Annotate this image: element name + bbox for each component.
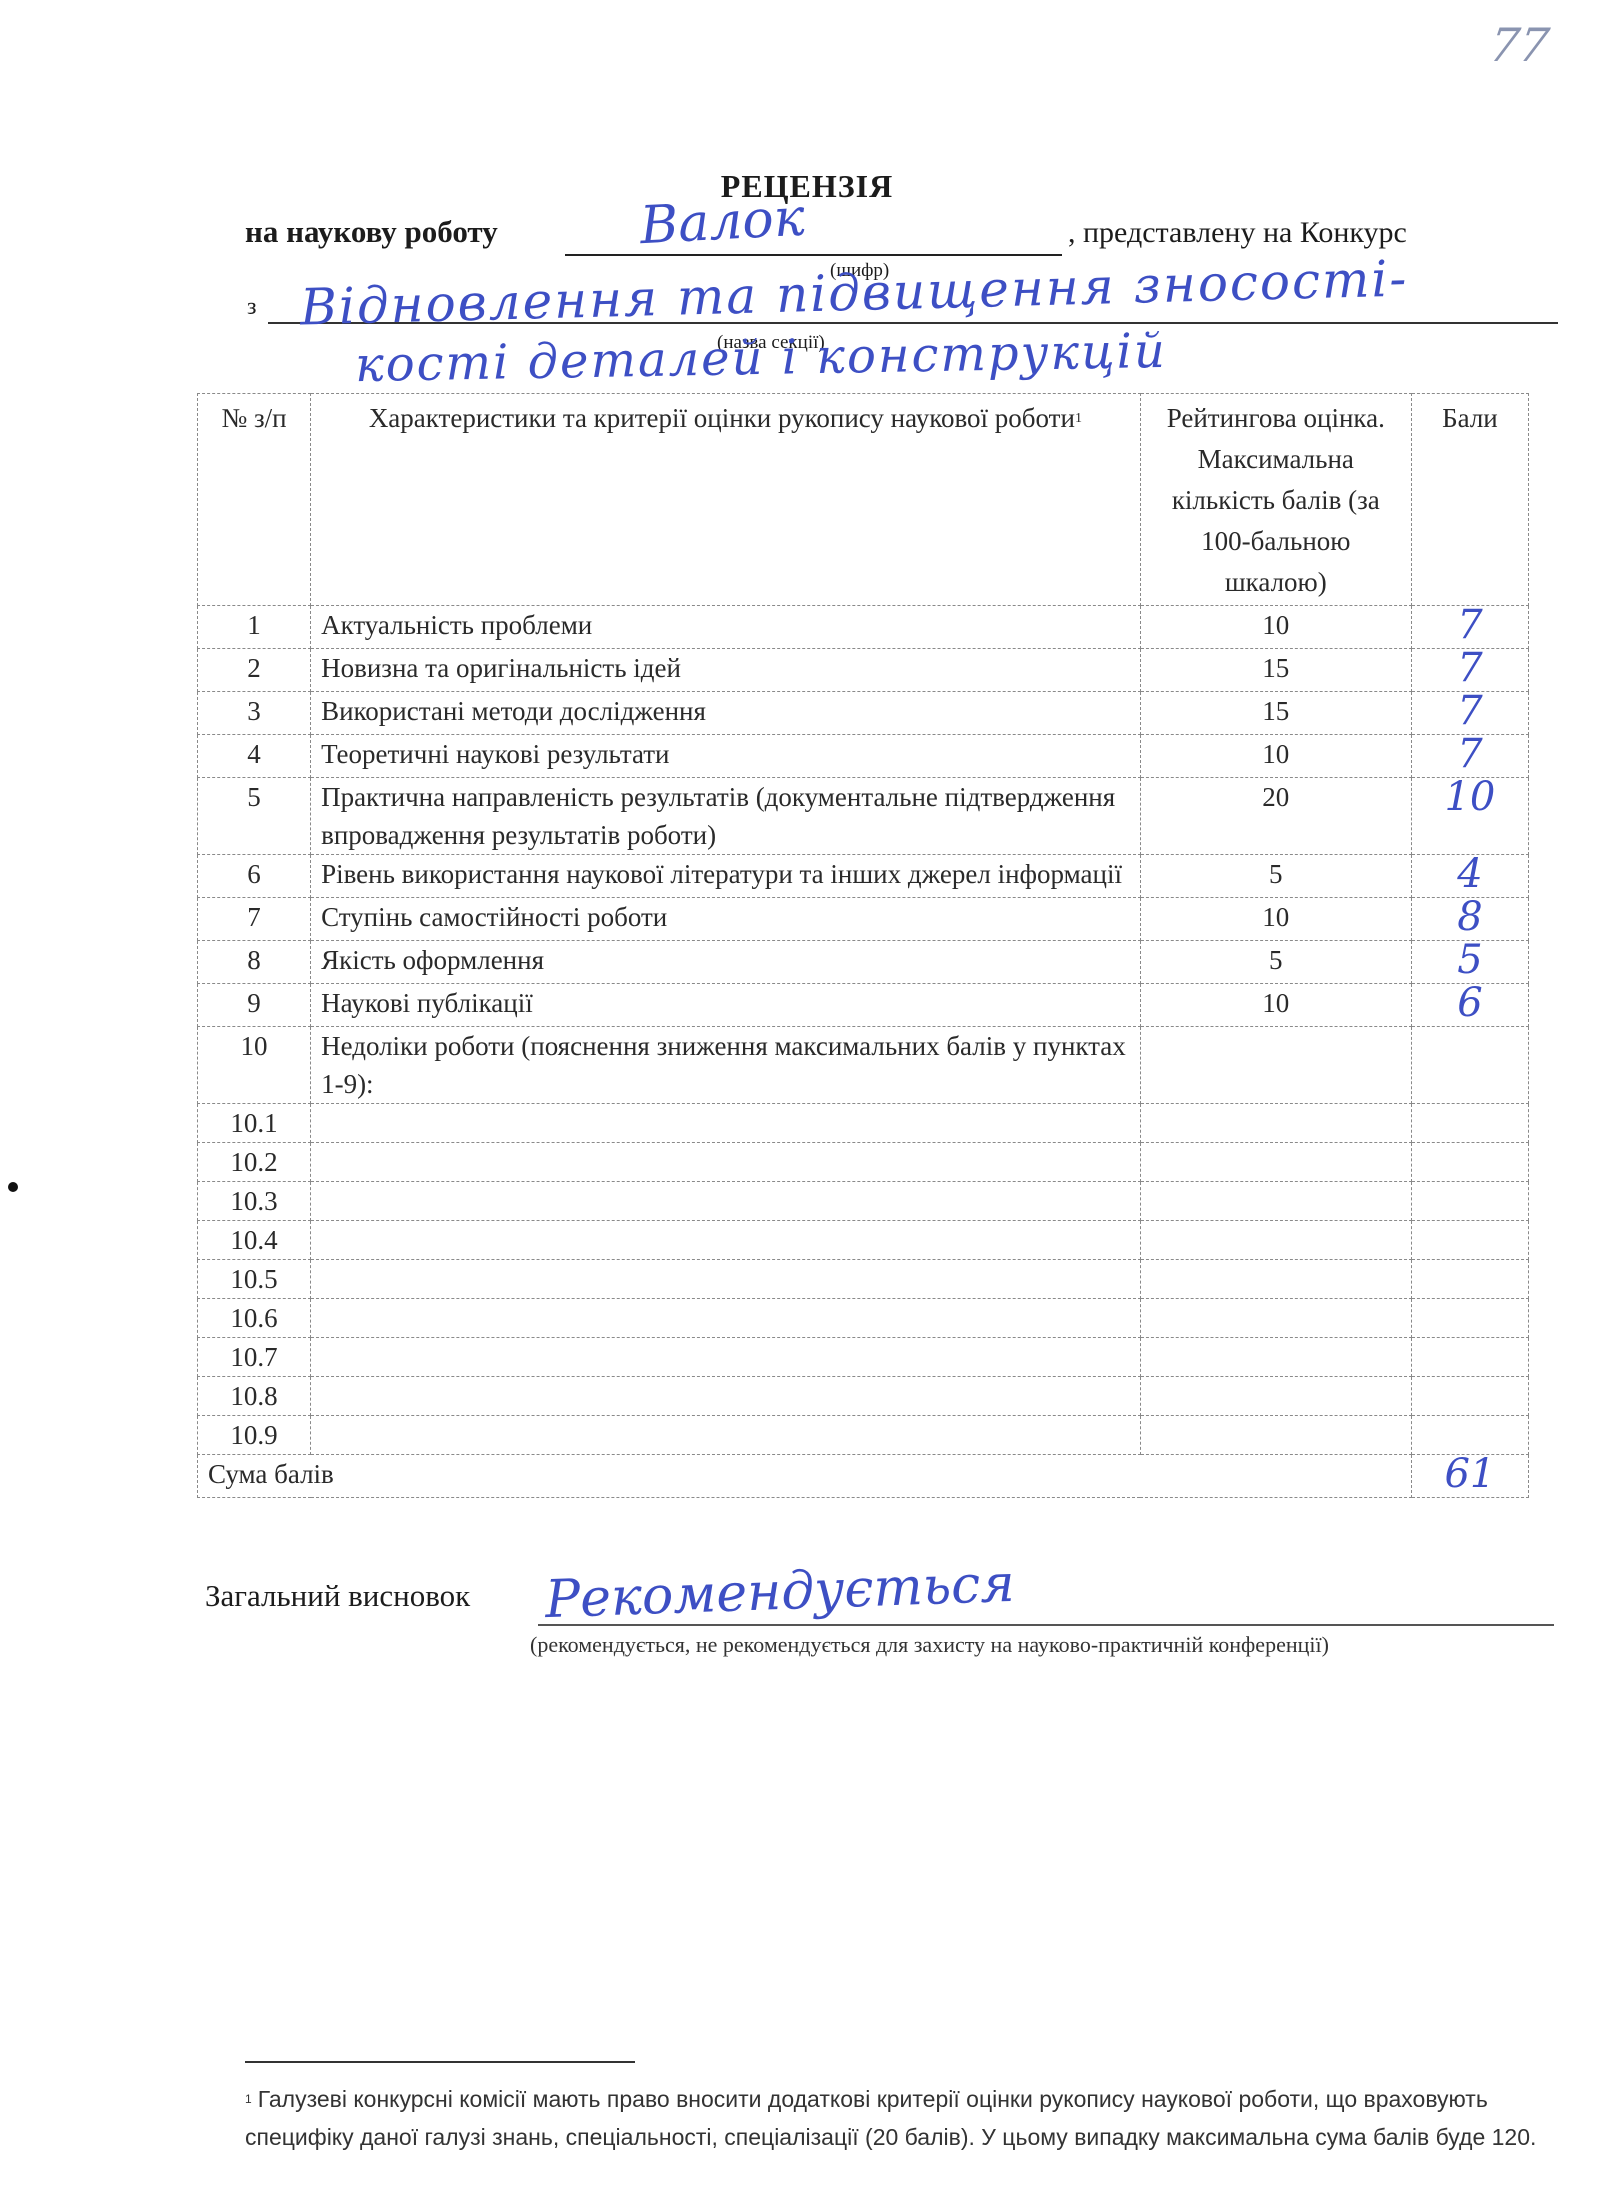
subrow-max-empty xyxy=(1140,1104,1411,1143)
row-number: 8 xyxy=(198,941,311,984)
section-prefix: з xyxy=(247,294,256,321)
subrow-note-field[interactable] xyxy=(311,1416,1141,1455)
table-row: 3Використані методи дослідження157 xyxy=(198,692,1529,735)
header-line1-prefix: на наукову роботу xyxy=(245,214,498,250)
subrow-note-field[interactable] xyxy=(311,1143,1141,1182)
header-score: Бали xyxy=(1411,394,1528,606)
row-number: 1 xyxy=(198,606,311,649)
subrow-number: 10.4 xyxy=(198,1221,311,1260)
row-score-cell[interactable]: 7 xyxy=(1411,606,1528,649)
subrow-number: 10.6 xyxy=(198,1299,311,1338)
subrow-note-field[interactable] xyxy=(311,1104,1141,1143)
footnote-text: Галузеві конкурсні комісії мають право в… xyxy=(245,2086,1536,2150)
row-number: 4 xyxy=(198,735,311,778)
row-score-cell[interactable] xyxy=(1411,1027,1528,1104)
row-number: 9 xyxy=(198,984,311,1027)
sum-label: Сума балів xyxy=(198,1455,1412,1498)
header-criteria: Характеристики та критерії оцінки рукопи… xyxy=(311,394,1141,606)
table-row: 10Недоліки роботи (пояснення зниження ма… xyxy=(198,1027,1529,1104)
row-number: 5 xyxy=(198,778,311,855)
section-field-line2[interactable]: кості деталей і конструкцій xyxy=(355,323,1168,393)
subrow-number: 10.5 xyxy=(198,1260,311,1299)
subrow-score-empty[interactable] xyxy=(1411,1182,1528,1221)
subrow-max-empty xyxy=(1140,1182,1411,1221)
table-row: 4Теоретичні наукові результати107 xyxy=(198,735,1529,778)
row-score-cell[interactable]: 8 xyxy=(1411,898,1528,941)
table-subrow: 10.4 xyxy=(198,1221,1529,1260)
row-criterion: Рівень використання наукової літератури … xyxy=(311,855,1141,898)
subrow-max-empty xyxy=(1140,1299,1411,1338)
row-score-cell[interactable]: 7 xyxy=(1411,692,1528,735)
row-criterion: Використані методи дослідження xyxy=(311,692,1141,735)
row-score: 7 xyxy=(1457,692,1482,730)
subrow-score-empty[interactable] xyxy=(1411,1377,1528,1416)
table-row: 9Наукові публікації106 xyxy=(198,984,1529,1027)
row-max-score: 20 xyxy=(1140,778,1411,855)
row-max-score xyxy=(1140,1027,1411,1104)
row-score: 10 xyxy=(1444,778,1495,816)
row-max-score: 15 xyxy=(1140,649,1411,692)
row-max-score: 10 xyxy=(1140,898,1411,941)
row-score: 7 xyxy=(1457,649,1482,687)
scan-artifact-dot xyxy=(8,1182,18,1192)
row-number: 2 xyxy=(198,649,311,692)
header-criteria-text: Характеристики та критерії оцінки рукопи… xyxy=(369,403,1075,433)
header-max-score: Рейтингова оцінка. Максимальна кількість… xyxy=(1140,394,1411,606)
table-subrow: 10.9 xyxy=(198,1416,1529,1455)
subrow-number: 10.9 xyxy=(198,1416,311,1455)
row-number: 10 xyxy=(198,1027,311,1104)
document-title: РЕЦЕНЗІЯ xyxy=(0,168,1614,205)
table-subrow: 10.7 xyxy=(198,1338,1529,1377)
subrow-number: 10.3 xyxy=(198,1182,311,1221)
subrow-note-field[interactable] xyxy=(311,1299,1141,1338)
table-row: 6Рівень використання наукової літератури… xyxy=(198,855,1529,898)
row-max-score: 10 xyxy=(1140,984,1411,1027)
table-row: 5Практична направленість результатів (до… xyxy=(198,778,1529,855)
row-score-cell[interactable]: 7 xyxy=(1411,735,1528,778)
subrow-max-empty xyxy=(1140,1338,1411,1377)
row-criterion: Якість оформлення xyxy=(311,941,1141,984)
subrow-note-field[interactable] xyxy=(311,1221,1141,1260)
footnote-divider xyxy=(245,2061,635,2063)
table-row: 8Якість оформлення55 xyxy=(198,941,1529,984)
row-score-cell[interactable]: 10 xyxy=(1411,778,1528,855)
subrow-number: 10.7 xyxy=(198,1338,311,1377)
sum-value-cell[interactable]: 61 xyxy=(1411,1455,1528,1498)
sum-row: Сума балів61 xyxy=(198,1455,1529,1498)
table-row: 1Актуальність проблеми107 xyxy=(198,606,1529,649)
page-number-handwritten: 77 xyxy=(1486,18,1552,72)
subrow-note-field[interactable] xyxy=(311,1260,1141,1299)
subrow-max-empty xyxy=(1140,1221,1411,1260)
row-score: 7 xyxy=(1457,606,1482,644)
subrow-number: 10.1 xyxy=(198,1104,311,1143)
row-score: 8 xyxy=(1457,898,1482,936)
row-score-cell[interactable]: 6 xyxy=(1411,984,1528,1027)
row-criterion: Наукові публікації xyxy=(311,984,1141,1027)
subrow-score-empty[interactable] xyxy=(1411,1260,1528,1299)
conclusion-field[interactable]: Рекомендується xyxy=(544,1554,1015,1630)
subrow-note-field[interactable] xyxy=(311,1338,1141,1377)
footnote: 1Галузеві конкурсні комісії мають право … xyxy=(245,2080,1565,2156)
cipher-field[interactable]: Валок xyxy=(639,188,807,257)
row-number: 6 xyxy=(198,855,311,898)
review-criteria-table: № з/п Характеристики та критерії оцінки … xyxy=(197,393,1529,1498)
footnote-mark: 1 xyxy=(245,2092,252,2106)
row-max-score: 10 xyxy=(1140,735,1411,778)
table-header-row: № з/п Характеристики та критерії оцінки … xyxy=(198,394,1529,606)
table-row: 2Новизна та оригінальність ідей157 xyxy=(198,649,1529,692)
subrow-number: 10.8 xyxy=(198,1377,311,1416)
row-criterion: Актуальність проблеми xyxy=(311,606,1141,649)
conclusion-options-note: (рекомендується, не рекомендується для з… xyxy=(530,1632,1329,1658)
row-max-score: 10 xyxy=(1140,606,1411,649)
row-score: 7 xyxy=(1457,735,1482,773)
subrow-score-empty[interactable] xyxy=(1411,1416,1528,1455)
header-line1-suffix: , представлену на Конкурс xyxy=(1068,216,1407,250)
row-criterion: Новизна та оригінальність ідей xyxy=(311,649,1141,692)
conclusion-label: Загальний висновок xyxy=(205,1578,470,1614)
row-max-score: 15 xyxy=(1140,692,1411,735)
table-row: 7Ступінь самостійності роботи108 xyxy=(198,898,1529,941)
subrow-max-empty xyxy=(1140,1377,1411,1416)
row-max-score: 5 xyxy=(1140,941,1411,984)
row-score-cell[interactable]: 7 xyxy=(1411,649,1528,692)
row-criterion: Ступінь самостійності роботи xyxy=(311,898,1141,941)
row-max-score: 5 xyxy=(1140,855,1411,898)
row-score-cell[interactable]: 4 xyxy=(1411,855,1528,898)
row-score-cell[interactable]: 5 xyxy=(1411,941,1528,984)
header-num: № з/п xyxy=(198,394,311,606)
subrow-max-empty xyxy=(1140,1260,1411,1299)
footnote-ref: 1 xyxy=(1075,411,1082,426)
table-subrow: 10.2 xyxy=(198,1143,1529,1182)
subrow-number: 10.2 xyxy=(198,1143,311,1182)
subrow-note-field[interactable] xyxy=(311,1377,1141,1416)
table-subrow: 10.3 xyxy=(198,1182,1529,1221)
row-criterion: Практична направленість результатів (док… xyxy=(311,778,1141,855)
cipher-field-underline xyxy=(565,254,1062,256)
subrow-score-empty[interactable] xyxy=(1411,1143,1528,1182)
row-criterion: Теоретичні наукові результати xyxy=(311,735,1141,778)
table-subrow: 10.1 xyxy=(198,1104,1529,1143)
row-number: 7 xyxy=(198,898,311,941)
subrow-max-empty xyxy=(1140,1143,1411,1182)
subrow-score-empty[interactable] xyxy=(1411,1338,1528,1377)
table-subrow: 10.5 xyxy=(198,1260,1529,1299)
subrow-note-field[interactable] xyxy=(311,1182,1141,1221)
row-score: 6 xyxy=(1457,984,1482,1022)
subrow-score-empty[interactable] xyxy=(1411,1299,1528,1338)
table-subrow: 10.8 xyxy=(198,1377,1529,1416)
row-score: 5 xyxy=(1457,941,1482,979)
sum-value: 61 xyxy=(1444,1455,1495,1493)
table-subrow: 10.6 xyxy=(198,1299,1529,1338)
row-number: 3 xyxy=(198,692,311,735)
row-criterion: Недоліки роботи (пояснення зниження макс… xyxy=(311,1027,1141,1104)
subrow-max-empty xyxy=(1140,1416,1411,1455)
subrow-score-empty[interactable] xyxy=(1411,1221,1528,1260)
row-score: 4 xyxy=(1457,855,1482,893)
subrow-score-empty[interactable] xyxy=(1411,1104,1528,1143)
